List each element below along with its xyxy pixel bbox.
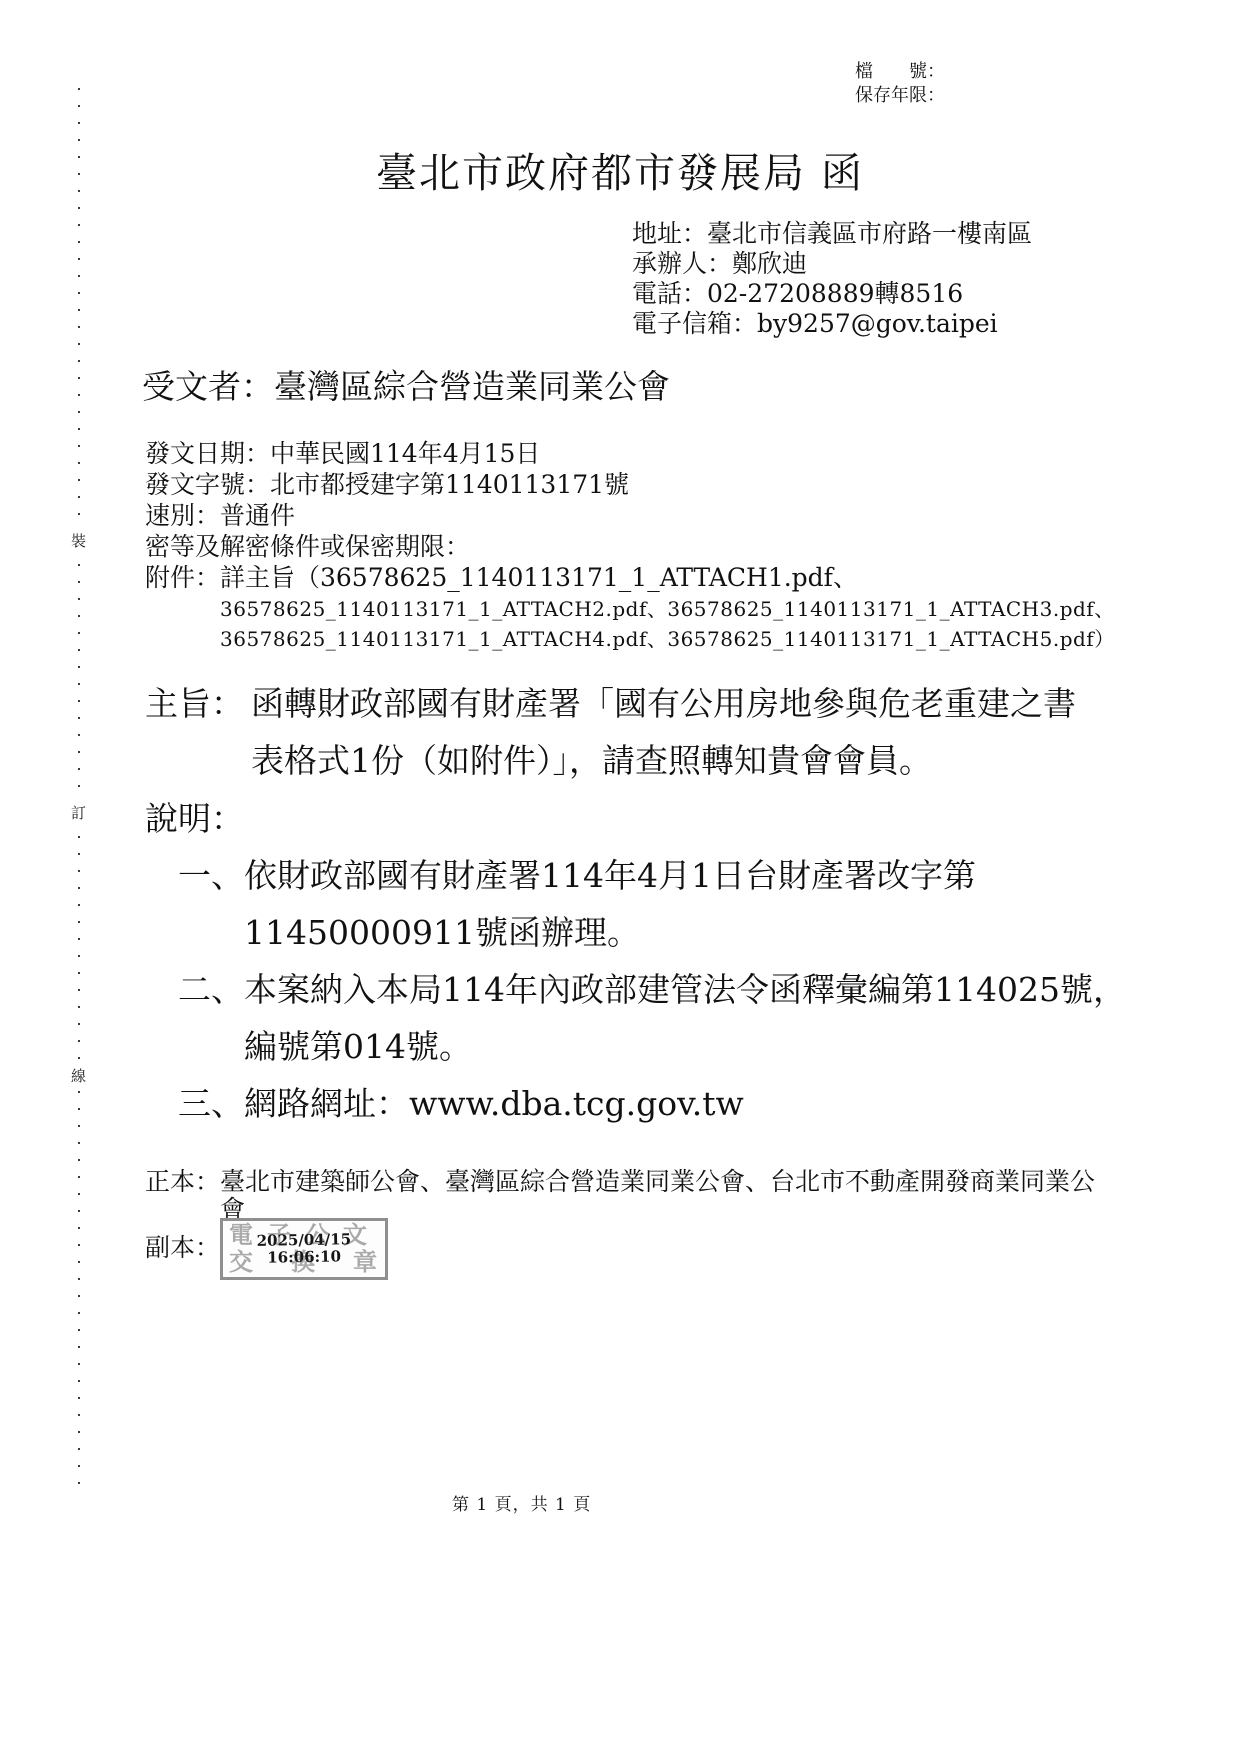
case-officer: 承辦人：鄭欣迪 xyxy=(632,250,807,279)
document-title: 臺北市政府都市發展局 函 xyxy=(376,150,864,197)
binding-mark-zhuang: 裝 xyxy=(70,528,87,553)
binding-dotted-line xyxy=(78,88,80,1492)
subject-line-1: 函轉財政部國有財產署「國有公用房地參與危老重建之書 xyxy=(251,685,1076,723)
attachments-line-2: 36578625_1140113171_1_ATTACH2.pdf、365786… xyxy=(220,598,1115,621)
description-item-3: 三、網路網址：www.dba.tcg.gov.tw xyxy=(178,1085,744,1123)
binding-mark-ding: 訂 xyxy=(70,800,87,825)
subject-line-2: 表格式1份（如附件）」，請查照轉知貴會會員。 xyxy=(251,742,932,780)
email-address: 電子信箱：by9257@gov.taipei xyxy=(632,310,998,339)
description-item-2-line-1: 二、本案納入本局114年內政部建管法令函釋彙編第114025號， xyxy=(178,971,1126,1009)
doc-number-line: 發文字號：北市都授建字第1140113171號 xyxy=(145,471,629,500)
stamp-time: 16:06:10 xyxy=(223,1247,385,1266)
stamp-datetime: 2025/04/15 16:06:10 xyxy=(223,1220,386,1279)
priority-line: 速別：普通件 xyxy=(145,502,295,531)
electronic-exchange-stamp: 電子公文 交換章 2025/04/15 16:06:10 xyxy=(220,1218,388,1280)
description-item-1-line-1: 一、依財政部國有財產署114年4月1日台財產署改字第 xyxy=(178,857,976,895)
issue-date-line: 發文日期：中華民國114年4月15日 xyxy=(145,440,540,469)
attachments-line-1: 附件：詳主旨（36578625_1140113171_1_ATTACH1.pdf… xyxy=(145,564,858,593)
file-number-label: 檔 號： xyxy=(855,62,945,83)
official-letter-page: 裝 訂 線 檔 號： 保存年限： 臺北市政府都市發展局 函 地址：臺北市信義區市… xyxy=(0,0,1241,1754)
security-line: 密等及解密條件或保密期限： xyxy=(145,533,470,562)
original-copy-line-1: 正本：臺北市建築師公會、臺灣區綜合營造業同業公會、台北市不動產開發商業同業公 xyxy=(145,1168,1095,1197)
recipient-line: 受文者：臺灣區綜合營造業同業公會 xyxy=(142,368,670,406)
attachments-line-3: 36578625_1140113171_1_ATTACH4.pdf、365786… xyxy=(220,628,1115,651)
binding-mark-xian: 線 xyxy=(70,1063,87,1088)
subject-label: 主旨： xyxy=(145,685,244,723)
description-label: 說明： xyxy=(145,800,244,838)
page-number: 第 1 頁，共 1 頁 xyxy=(452,1496,591,1516)
sender-address: 地址：臺北市信義區市府路一樓南區 xyxy=(632,220,1032,249)
retention-period-label: 保存年限： xyxy=(855,86,945,107)
description-item-2-line-2: 編號第014號。 xyxy=(244,1028,472,1066)
description-item-1-line-2: 11450000911號函辦理。 xyxy=(244,914,640,952)
cc-label: 副本： xyxy=(145,1234,220,1263)
phone-number: 電話：02-27208889轉8516 xyxy=(632,280,963,309)
